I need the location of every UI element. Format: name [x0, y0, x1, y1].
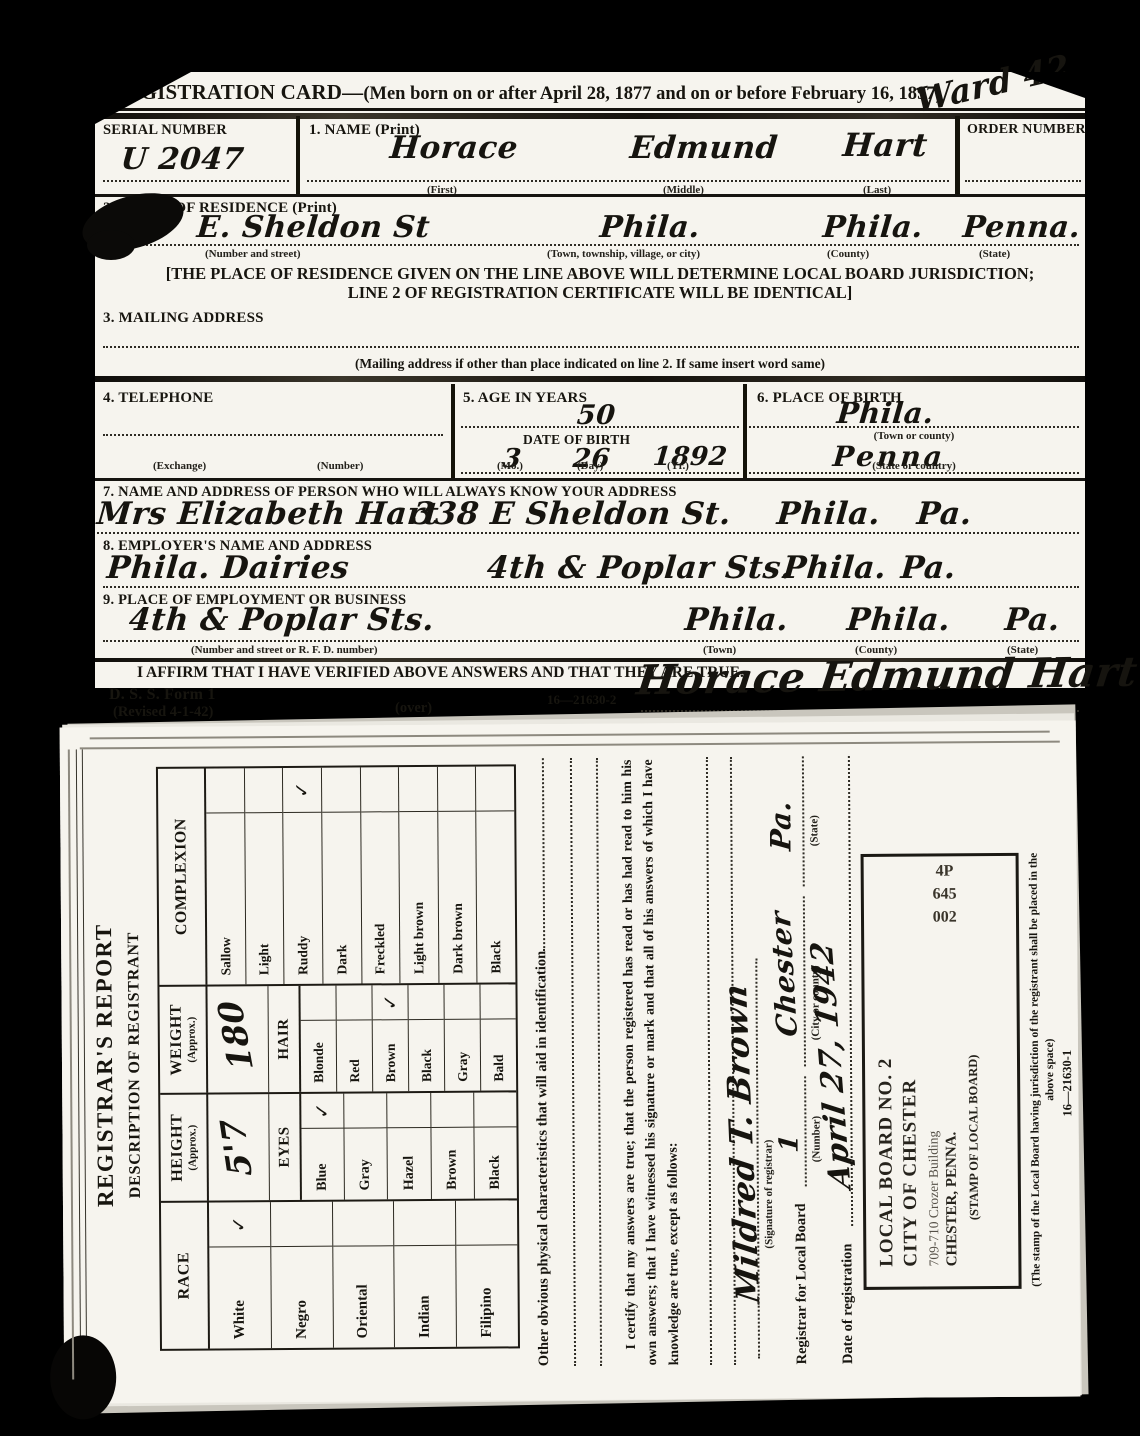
race-filipino-label: Filipino [478, 1246, 496, 1347]
front-print-code: 16—21630-2 [547, 692, 616, 708]
stamp-board-name: LOCAL BOARD NO. 2 [874, 857, 899, 1267]
height-value-cell: 5'7 [208, 1094, 270, 1200]
complexion-dark-brown-checkmark [438, 767, 476, 812]
complexion-dark-brown-label: Dark brown [449, 812, 466, 983]
race-white-checkmark: ✓ [209, 1202, 270, 1247]
complexion-light-checkmark [245, 768, 283, 813]
complexion-black-checkmark [476, 766, 514, 811]
local-board-stamp: LOCAL BOARD NO. 2 CITY OF CHESTER 709-71… [861, 853, 1022, 1290]
stamp-city-name: CITY OF CHESTER [898, 857, 923, 1267]
complexion-list: Sallow Light Ruddy✓ Dark Freckled Light … [206, 766, 516, 984]
complexion-sallow-label: Sallow [217, 813, 234, 984]
board-number-line [788, 1076, 807, 1186]
block456-rule [95, 478, 1085, 481]
registration-subtitle: (Men born on or after April 28, 1877 and… [363, 84, 941, 104]
race-negro-checkmark [271, 1202, 332, 1247]
employer-line [103, 564, 1079, 588]
header-rule-2 [95, 113, 1085, 119]
complexion-freckled-checkmark [360, 767, 398, 812]
card-header: REGISTRATION CARD—(Men born on or after … [111, 80, 942, 105]
order-line [965, 158, 1081, 182]
complexion-black-label: Black [487, 811, 504, 982]
board-state-sub: (State) [808, 815, 820, 846]
race-row-filipino: Filipino [456, 1200, 518, 1346]
eyes-row-black: Black [474, 1092, 517, 1198]
weight-value: 180 [209, 999, 261, 1071]
race-row-white: White✓ [209, 1202, 272, 1348]
serial-divider [296, 116, 300, 194]
eyes-header: EYES [269, 1094, 302, 1200]
complexion-light-brown-checkmark [399, 767, 437, 812]
date-of-registration-label: Date of registration [839, 1243, 857, 1364]
hair-gray-label: Gray [454, 1020, 470, 1091]
race-header-label: RACE [175, 1252, 193, 1299]
stack-edge-line-2 [80, 741, 1060, 749]
complexion-column: COMPLEXION Sallow Light Ruddy✓ Dark Frec… [158, 766, 515, 984]
hair-row-blonde: Blonde [300, 986, 337, 1092]
description-table: RACE White✓ Negro Oriental Indian Filipi… [156, 764, 520, 1350]
age-birth-divider [743, 384, 747, 480]
dob-sub-day: (Day) [577, 460, 603, 472]
order-number-label: ORDER NUMBER [967, 122, 1086, 138]
birth-town-line [749, 404, 1079, 428]
hair-bald-label: Bald [490, 1019, 506, 1090]
hair-row-brown: Brown✓ [372, 985, 409, 1091]
contact-line [97, 510, 1079, 534]
race-column: RACE White✓ Negro Oriental Indian Filipi… [161, 1198, 518, 1348]
complexion-header: COMPLEXION [158, 769, 208, 985]
back-print-code: 16—21630-1 [1060, 1050, 1075, 1117]
weight-hair-column: WEIGHT (Approx.) 180 HAIR Blonde Red Bro… [159, 982, 516, 1092]
over-note: (over) [395, 700, 432, 717]
stack-edge-line-3 [90, 731, 1050, 739]
back-top-rule [76, 749, 87, 1381]
telephone-sub-exchange: (Exchange) [153, 460, 206, 472]
hair-brown-label: Brown [382, 1020, 398, 1091]
complexion-dark-checkmark [322, 767, 360, 812]
residence-line [103, 222, 1079, 246]
ink-blot-artifact-small [87, 230, 135, 260]
name-line [307, 158, 949, 182]
hair-list: Blonde Red Brown✓ Black Gray Bald [300, 984, 516, 1091]
serial-line [103, 158, 289, 182]
race-oriental-checkmark [333, 1201, 394, 1246]
height-header: HEIGHT (Approx.) [160, 1095, 209, 1201]
complexion-freckled-label: Freckled [372, 812, 389, 983]
weight-header-label: WEIGHT [168, 1004, 186, 1076]
stamp-code-1: 4P [932, 860, 956, 883]
stamp-caption: (STAMP OF LOCAL BOARD) [965, 856, 983, 1220]
stamp-codes: 4P 645 002 [932, 860, 956, 930]
telephone-line [103, 412, 443, 436]
complexion-row-sallow: Sallow [206, 768, 246, 984]
height-eyes-column: HEIGHT (Approx.) 5'7 EYES Blue✓ Gray Haz… [160, 1090, 517, 1200]
complexion-row-light: Light [245, 768, 285, 984]
scan-blot-artifact-back [50, 1335, 117, 1419]
weight-header-sub: (Approx.) [186, 1017, 198, 1063]
stamp-placement-note: (The stamp of the Local Board having jur… [1027, 847, 1060, 1293]
birth-sub-state: (State or country) [749, 460, 1079, 472]
race-row-indian: Indian [394, 1201, 457, 1347]
hair-blonde-checkmark [300, 986, 335, 1021]
telephone-label: 4. TELEPHONE [103, 390, 213, 407]
hair-blonde-label: Blonde [310, 1021, 326, 1092]
complexion-sallow-checkmark [206, 768, 244, 813]
eyes-brown-label: Brown [444, 1128, 460, 1199]
eyes-hazel-checkmark [388, 1093, 430, 1128]
hair-row-red: Red [336, 985, 373, 1091]
residence-sub-state: (State) [979, 248, 1010, 260]
form-revision: (Revised 4-1-42) [113, 704, 213, 721]
complexion-row-light-brown: Light brown [399, 767, 439, 983]
complexion-ruddy-checkmark: ✓ [283, 768, 321, 813]
height-header-label: HEIGHT [168, 1114, 186, 1182]
other-line-3 [572, 758, 602, 1366]
registrar-signature-sub: (Signature of registrar) [763, 1140, 776, 1249]
stamp-code-2: 645 [933, 883, 957, 906]
race-indian-checkmark [394, 1201, 455, 1246]
mailing-line [103, 324, 1079, 348]
complexion-row-dark-brown: Dark brown [438, 767, 478, 983]
eyes-row-brown: Brown [431, 1093, 475, 1199]
height-header-sub: (Approx.) [186, 1125, 198, 1171]
eyes-row-gray: Gray [344, 1093, 388, 1199]
hair-brown-checkmark: ✓ [372, 985, 407, 1020]
date-of-registration-line [832, 756, 853, 1226]
eyes-row-blue: Blue✓ [301, 1094, 345, 1200]
board-state-line [786, 756, 805, 886]
race-header: RACE [161, 1203, 210, 1349]
hair-header-label: HAIR [275, 1018, 292, 1059]
registrar-signature-line [739, 959, 760, 1359]
registration-card-back: REGISTRAR'S REPORT DESCRIPTION OF REGIST… [60, 720, 1081, 1403]
complexion-light-label: Light [256, 813, 273, 984]
eyes-brown-checkmark [431, 1093, 473, 1128]
hair-black-checkmark [408, 985, 443, 1020]
eyes-black-checkmark [474, 1092, 516, 1127]
hair-row-gray: Gray [444, 985, 481, 1091]
hair-red-label: Red [346, 1020, 362, 1091]
hair-row-black: Black [408, 985, 445, 1091]
eyes-gray-label: Gray [358, 1128, 374, 1199]
complexion-row-ruddy: Ruddy✓ [283, 768, 323, 984]
race-oriental-label: Oriental [355, 1246, 373, 1347]
weight-header: WEIGHT (Approx.) [159, 987, 208, 1093]
hair-black-label: Black [418, 1020, 434, 1091]
hair-red-checkmark [336, 985, 371, 1020]
board-label: Registrar for Local Board [793, 1203, 811, 1364]
telephone-age-divider [451, 384, 455, 480]
complexion-row-black: Black [476, 766, 515, 982]
residence-sub-county: (County) [827, 248, 869, 260]
race-indian-label: Indian [417, 1246, 435, 1347]
race-list: White✓ Negro Oriental Indian Filipino [209, 1200, 518, 1348]
dob-sub-year: (Yr.) [667, 460, 689, 472]
registration-card-front: REGISTRATION CARD—(Men born on or after … [95, 72, 1085, 688]
age-line [461, 404, 739, 428]
complexion-header-label: COMPLEXION [172, 818, 191, 935]
registrar-report-content: REGISTRAR'S REPORT DESCRIPTION OF REGIST… [60, 720, 1081, 1403]
serial-number-label: SERIAL NUMBER [103, 122, 227, 139]
race-filipino-checkmark [456, 1200, 517, 1245]
eyes-gray-checkmark [344, 1093, 386, 1128]
hair-bald-checkmark [480, 984, 515, 1019]
complexion-row-freckled: Freckled [360, 767, 400, 983]
hair-row-bald: Bald [480, 984, 516, 1090]
eyes-row-hazel: Hazel [388, 1093, 432, 1199]
jurisdiction-note: [THE PLACE OF RESIDENCE GIVEN ON THE LIN… [155, 264, 1045, 303]
employment-line [103, 618, 1079, 642]
race-white-label: White [231, 1247, 249, 1348]
registrar-report-title: REGISTRAR'S REPORT [90, 727, 121, 1403]
other-characteristics-line [528, 758, 545, 951]
weight-value-cell: 180 [207, 986, 269, 1092]
eyes-hazel-label: Hazel [401, 1128, 417, 1199]
certification-line-1 [686, 757, 712, 1365]
employment-sub-street: (Number and street or R. F. D. number) [191, 644, 378, 656]
stack-edge-line-1 [68, 749, 74, 1379]
eyes-blue-label: Blue [315, 1129, 331, 1200]
height-value: 5'7 [212, 1118, 260, 1177]
complexion-ruddy-label: Ruddy [294, 813, 311, 984]
order-divider [955, 116, 960, 194]
eyes-list: Blue✓ Gray Hazel Brown Black [301, 1092, 517, 1199]
complexion-row-dark: Dark [322, 767, 362, 983]
race-row-negro: Negro [271, 1202, 334, 1348]
mailing-hint: (Mailing address if other than place ind… [95, 356, 1085, 372]
form-id: D. S. S. Form 1 [109, 686, 216, 704]
hair-gray-checkmark [444, 985, 479, 1020]
row1-rule [95, 194, 1085, 197]
eyes-header-label: EYES [276, 1126, 293, 1167]
residence-sub-city: (Town, township, village, or city) [547, 248, 700, 260]
eyes-blue-checkmark: ✓ [301, 1094, 343, 1129]
complexion-light-brown-label: Light brown [410, 812, 427, 983]
residence-sub-street: (Number and street) [205, 248, 301, 260]
eyes-black-label: Black [487, 1127, 503, 1198]
hair-header: HAIR [268, 986, 301, 1092]
board-city-line [787, 896, 806, 1066]
header-rule-1 [95, 108, 1085, 111]
certification-text: I certify that my answers are true; that… [616, 759, 684, 1365]
description-subtitle: DESCRIPTION OF REGISTRANT [124, 727, 147, 1403]
race-row-oriental: Oriental [333, 1201, 396, 1347]
telephone-sub-number: (Number) [317, 460, 363, 472]
race-negro-label: Negro [293, 1247, 311, 1348]
dob-sub-month: (Mo.) [497, 460, 523, 472]
mailing-rule [95, 376, 1085, 382]
complexion-dark-label: Dark [333, 813, 350, 984]
stamp-code-3: 002 [933, 906, 957, 929]
